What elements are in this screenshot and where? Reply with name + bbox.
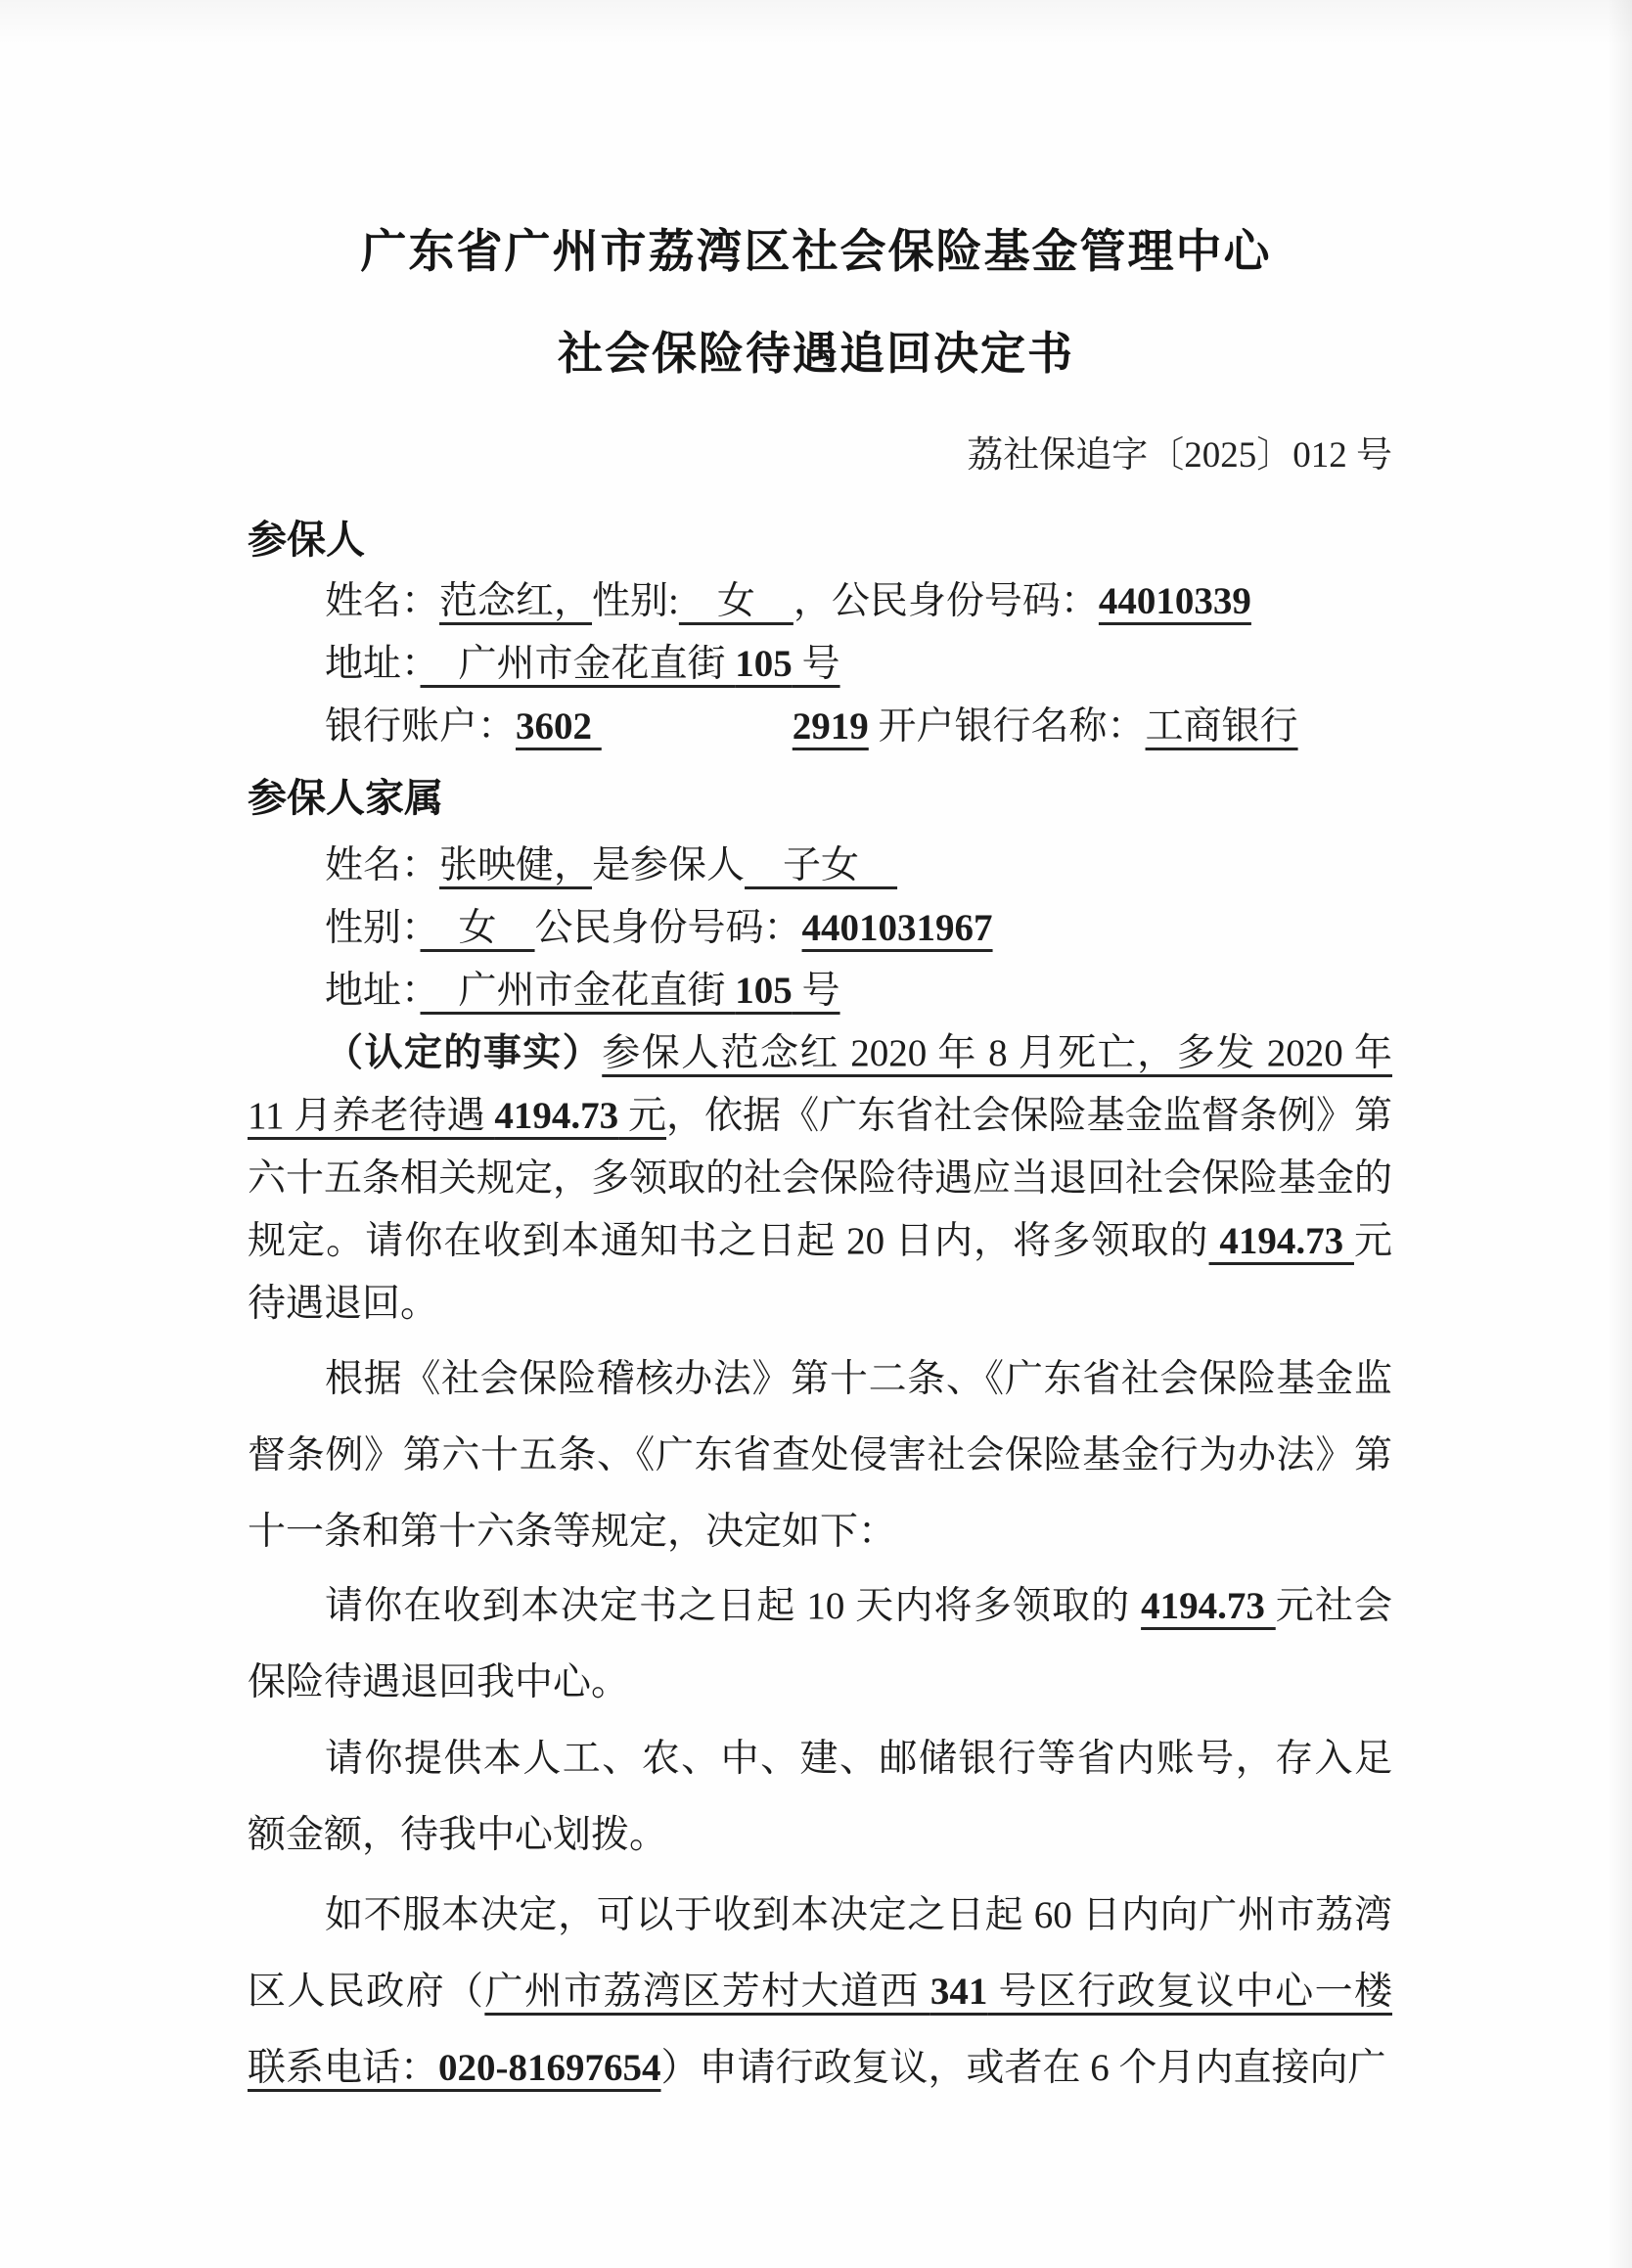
text-run: 4194.73 bbox=[1141, 1585, 1276, 1627]
family-gender-id-line: 性别： 女 公民身份号码：4401031967 bbox=[248, 897, 1392, 960]
text-run: 是参保人 bbox=[592, 844, 745, 886]
text-run: 号 bbox=[793, 970, 840, 1012]
text-run: 女 bbox=[421, 907, 535, 949]
text-run: 号 bbox=[793, 643, 840, 685]
text-run: 地址： bbox=[325, 643, 421, 685]
text-run: 女 bbox=[679, 580, 793, 622]
text-run: 姓名： bbox=[325, 580, 439, 622]
family-address-line: 地址： 广州市金花直街 105 号 bbox=[248, 960, 1392, 1022]
text-run: 公民身份号码： bbox=[535, 907, 802, 949]
text-run: 银行账户： bbox=[325, 705, 516, 748]
text-run: 4194.73 bbox=[494, 1095, 618, 1137]
text-run: 44010339 bbox=[1099, 580, 1251, 622]
text-run: 范念红， bbox=[439, 580, 592, 622]
text-run: 开户银行名称： bbox=[869, 705, 1146, 748]
text-run: 请你提供本人工、农、中、建、邮储银行等省内账号，存入足额金额，待我中心划拨。 bbox=[248, 1738, 1392, 1856]
text-run: 性别： bbox=[325, 907, 421, 949]
text-run bbox=[602, 705, 793, 748]
family-member-fields: 姓名：张映健，是参保人 子女 性别： 女 公民身份号码：4401031967 地… bbox=[248, 835, 1392, 1022]
text-run: 020-81697654 bbox=[438, 2047, 661, 2089]
text-run: 性别: bbox=[592, 580, 679, 622]
family-member-heading: 参保人家属 bbox=[248, 775, 443, 822]
text-run: 请你在收到本决定书之日起 10 天内将多领取的 bbox=[325, 1585, 1141, 1627]
text-run: ）申请行政复议，或者在 6 个月内直接向广 bbox=[661, 2047, 1386, 2089]
bank-account-request-paragraph: 请你提供本人工、农、中、建、邮储银行等省内账号，存入足额金额，待我中心划拨。 bbox=[248, 1721, 1392, 1874]
scanned-document-page: 广东省广州市荔湾区社会保险基金管理中心 社会保险待遇追回决定书 荔社保追字〔20… bbox=[0, 0, 1632, 2268]
text-run: 341 bbox=[930, 1971, 988, 2013]
insured-name-gender-id-line: 姓名：范念红，性别: 女 ，公民身份号码：44010339 bbox=[248, 570, 1392, 633]
text-run: 4194.73 bbox=[1209, 1220, 1354, 1262]
text-run: 工商银行 bbox=[1146, 705, 1298, 748]
text-run: 广州市荔湾区芳村大道西 bbox=[484, 1971, 929, 2013]
text-run: （认定的事实） bbox=[325, 1032, 602, 1074]
legal-basis-paragraph: 根据《社会保险稽核办法》第十二条、《广东省社会保险基金监督条例》第六十五条、《广… bbox=[248, 1341, 1392, 1570]
text-run: ，公民身份号码： bbox=[793, 580, 1099, 622]
document-number: 荔社保追字〔2025〕012 号 bbox=[248, 434, 1392, 477]
text-run: 4401031967 bbox=[802, 907, 993, 949]
insured-address-line: 地址： 广州市金花直街 105 号 bbox=[248, 633, 1392, 696]
text-run: 105 bbox=[735, 643, 793, 685]
text-run: 3602 bbox=[516, 705, 602, 748]
text-run: 张映健， bbox=[439, 844, 592, 886]
repayment-decision-paragraph: 请你在收到本决定书之日起 10 天内将多领取的 4194.73 元社会保险待遇退… bbox=[248, 1568, 1392, 1721]
facts-paragraph: （认定的事实）参保人范念红 2020 年 8 月死亡，多发 2020 年 11 … bbox=[248, 1022, 1392, 1336]
text-run: 姓名： bbox=[325, 844, 439, 886]
text-run: 子女 bbox=[745, 844, 897, 886]
text-run: 元 bbox=[618, 1095, 666, 1137]
document-body: 荔社保追字〔2025〕012 号 参保人 姓名：范念红，性别: 女 ，公民身份号… bbox=[248, 0, 1392, 2268]
family-name-relation-line: 姓名：张映健，是参保人 子女 bbox=[248, 835, 1392, 897]
text-run: 2919 bbox=[793, 705, 869, 748]
text-run: 广州市金花直街 bbox=[421, 970, 736, 1012]
insured-bank-account-line: 银行账户：3602 2919 开户银行名称：工商银行 bbox=[248, 696, 1392, 758]
text-run: 地址： bbox=[325, 970, 421, 1012]
text-run: 广州市金花直街 bbox=[421, 643, 736, 685]
appeal-rights-paragraph: 如不服本决定，可以于收到本决定之日起 60 日内向广州市荔湾区人民政府（广州市荔… bbox=[248, 1878, 1392, 2107]
text-run: 105 bbox=[735, 970, 793, 1012]
insured-person-heading: 参保人 bbox=[248, 517, 365, 564]
insured-person-fields: 姓名：范念红，性别: 女 ，公民身份号码：44010339 地址： 广州市金花直… bbox=[248, 570, 1392, 758]
text-run: 根据《社会保险稽核办法》第十二条、《广东省社会保险基金监督条例》第六十五条、《广… bbox=[248, 1358, 1392, 1553]
